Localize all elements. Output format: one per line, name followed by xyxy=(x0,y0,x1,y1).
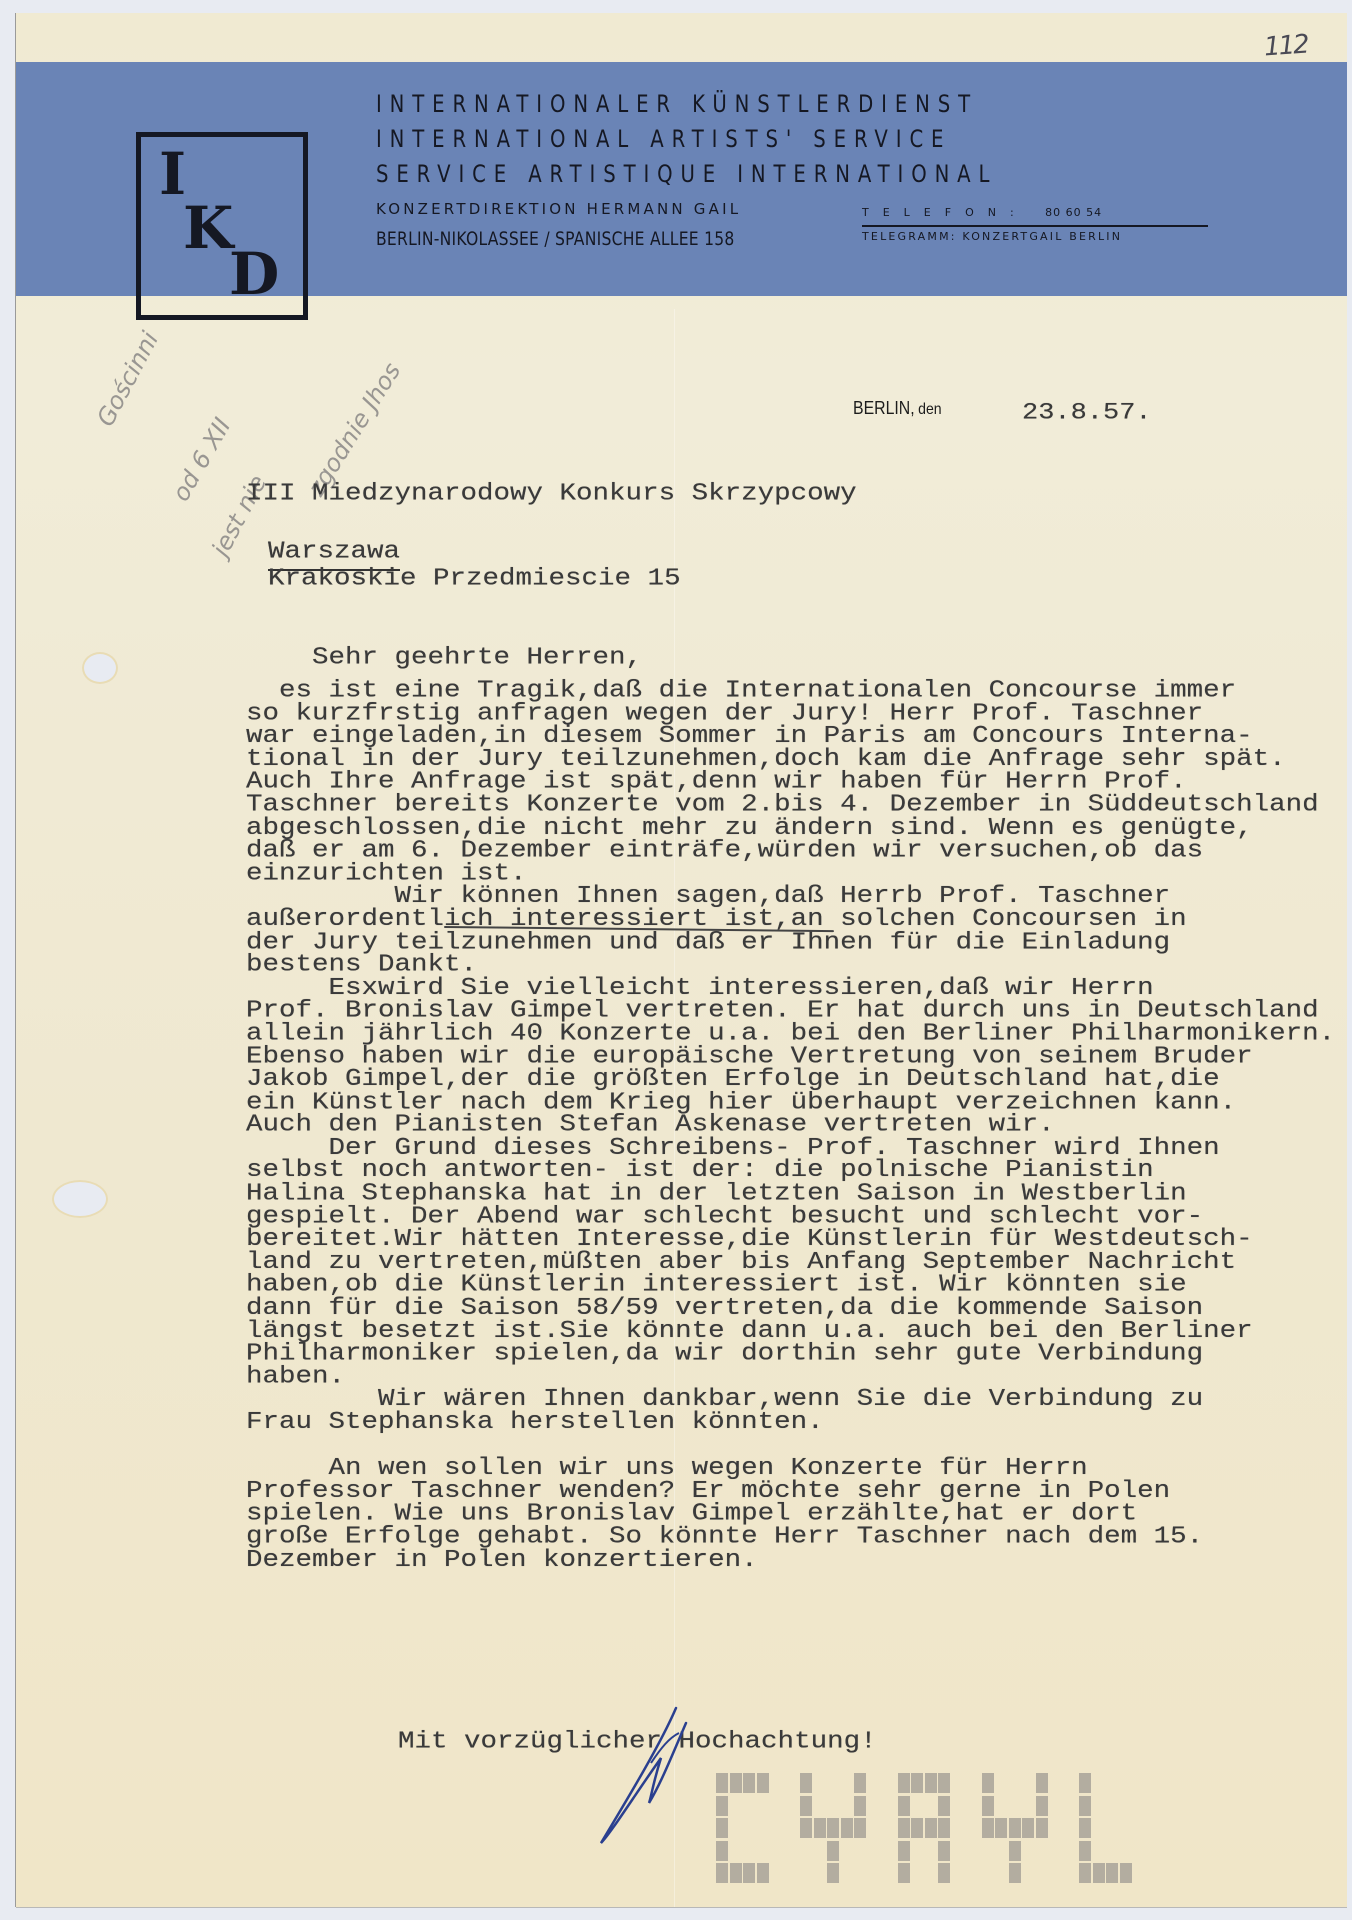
body-line: Philharmoniker spielen,da wir dorthin se… xyxy=(246,1343,1335,1366)
letterhead-line-de: INTERNATIONALER KÜNSTLERDIENST xyxy=(376,90,978,118)
letterhead-telefon: TELEFON: 80 60 54 xyxy=(862,206,1102,219)
body-line: war eingeladen,in diesem Sommer in Paris… xyxy=(246,726,1335,749)
page-number: 112 xyxy=(1263,30,1309,63)
signature xyxy=(591,1703,711,1853)
body-line: daß er am 6. Dezember einträfe,würden wi… xyxy=(246,840,1335,863)
body-line: bestens Dankt. xyxy=(246,954,1335,977)
telefon-number: 80 60 54 xyxy=(1045,206,1102,219)
body-line: außerordentlich interessiert ist,an solc… xyxy=(246,909,1335,932)
telefon-divider xyxy=(862,225,1208,227)
body-line: Frau Stephanska herstellen könnten. xyxy=(246,1412,1335,1435)
body-line: allein jährlich 40 Konzerte u.a. bei den… xyxy=(246,1023,1335,1046)
letterhead-line-fr: SERVICE ARTISTIQUE INTERNATIONAL xyxy=(376,160,997,188)
body-line: große Erfolge gehabt. So könnte Herr Tas… xyxy=(246,1526,1335,1549)
letterhead-band: I K D INTERNATIONALER KÜNSTLERDIENST INT… xyxy=(16,62,1347,296)
salutation: Sehr geehrte Herren, xyxy=(312,647,642,670)
body-line: Halina Stephanska hat in der letzten Sai… xyxy=(246,1183,1335,1206)
handwritten-note-2: od 6 XII xyxy=(167,413,237,506)
letter-body: es ist eine Tragik,daß die International… xyxy=(246,680,1335,1572)
recipient-street: Krakoskie Przedmiescie 15 xyxy=(268,568,681,591)
body-line: es ist eine Tragik,daß die International… xyxy=(246,680,1335,703)
place-line: BERLIN,den xyxy=(853,398,942,419)
body-line: Dezember in Polen konzertieren. xyxy=(246,1549,1335,1572)
recipient-name: III Miedzynarodowy Konkurs Skrzypcowy xyxy=(246,483,857,506)
letterhead-telegramm: TELEGRAMM: KONZERTGAIL BERLIN xyxy=(862,230,1122,243)
letterhead-konzertdirektion: KONZERTDIREKTION HERMANN GAIL xyxy=(376,200,741,218)
body-line: Taschner bereits Konzerte vom 2.bis 4. D… xyxy=(246,794,1335,817)
letterhead-line-en: INTERNATIONAL ARTISTS' SERVICE xyxy=(376,125,951,153)
place-den: den xyxy=(918,401,941,418)
ikd-logo: I K D xyxy=(136,132,308,320)
logo-letter-k: K xyxy=(183,199,233,257)
letter-date: 23.8.57. xyxy=(1022,402,1152,425)
body-line: dann für die Saison 58/59 vertreten,da d… xyxy=(246,1298,1335,1321)
body-line: An wen sollen wir uns wegen Konzerte für… xyxy=(246,1458,1335,1481)
punch-hole-top xyxy=(82,652,118,684)
body-line: Jakob Gimpel,der die größten Erfolge in … xyxy=(246,1069,1335,1092)
recipient-city: Warszawa xyxy=(268,541,400,564)
telefon-label: TELEFON: xyxy=(862,206,1028,219)
punch-hole-bottom xyxy=(52,1180,108,1218)
place-city: BERLIN, xyxy=(853,398,915,418)
letterhead-address: BERLIN-NIKOLASSEE / SPANISCHE ALLEE 158 xyxy=(376,228,735,250)
logo-letter-d: D xyxy=(229,245,279,303)
letter-page: 112 I K D INTERNATIONALER KÜNSTLERDIENST… xyxy=(16,13,1347,1907)
handwritten-note-1: Gościnni xyxy=(91,327,164,431)
